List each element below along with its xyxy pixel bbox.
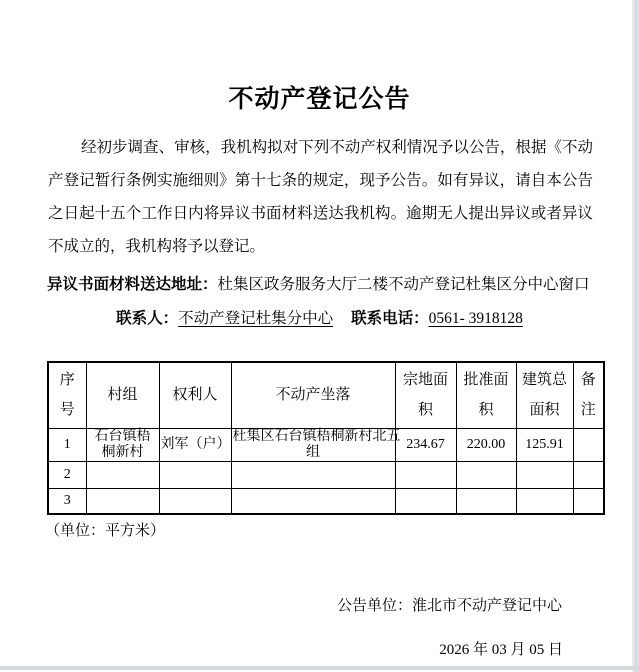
header-property-location: 不动产坐落 <box>231 362 395 428</box>
address-line: 异议书面材料送达地址：杜集区政务服务大厅二楼不动产登记杜集区分中心窗口 <box>47 276 595 293</box>
header-total-building-area: 建筑总 面积 <box>516 362 573 428</box>
contact-label: 联系人： <box>116 310 178 327</box>
page-title: 不动产登记公告 <box>0 79 639 115</box>
cell-property-location <box>231 461 395 488</box>
cell-right-holder <box>159 461 231 488</box>
announcement-table: 序 号 村组 权利人 不动产坐落 宗地面 积 批准面 积 建筑总 面积 备 注 … <box>47 361 605 515</box>
header-approved-area: 批准面 积 <box>456 362 516 428</box>
cell-remarks <box>573 488 604 514</box>
contact-line: 联系人：不动产登记杜集分中心联系电话：0561- 3918128 <box>0 310 639 328</box>
page-edge-bottom <box>0 666 639 670</box>
cell-right-holder <box>159 488 231 514</box>
cell-remarks <box>573 428 604 461</box>
cell-total-building-area <box>516 461 573 488</box>
cell-approved-area <box>456 461 516 488</box>
contact-value: 不动产登记杜集分中心 <box>178 310 333 327</box>
table-header-row: 序 号 村组 权利人 不动产坐落 宗地面 积 批准面 积 建筑总 面积 备 注 <box>48 362 604 428</box>
header-right-holder: 权利人 <box>159 362 231 428</box>
table-row: 3 <box>48 488 604 514</box>
unit-note: （单位：平方米） <box>45 519 165 540</box>
phone-label: 联系电话： <box>351 310 429 327</box>
cell-village-group <box>86 488 159 514</box>
cell-remarks <box>573 461 604 488</box>
page-edge-right <box>632 0 639 672</box>
cell-parcel-area <box>395 488 456 514</box>
document-page: 不动产登记公告 经初步调查、审核，我机构拟对下列不动产权利情况予以公告，根据《不… <box>0 0 639 672</box>
address-label: 异议书面材料送达地址： <box>47 276 218 293</box>
cell-approved-area: 220.00 <box>456 428 516 461</box>
cell-seq-no: 2 <box>48 461 86 488</box>
cell-seq-no: 1 <box>48 428 86 461</box>
cell-parcel-area <box>395 461 456 488</box>
cell-parcel-area: 234.67 <box>395 428 456 461</box>
address-value: 杜集区政务服务大厅二楼不动产登记杜集区分中心窗口 <box>218 276 590 293</box>
cell-property-location <box>231 488 395 514</box>
cell-property-location: 杜集区石台镇梧桐新村北五 组 <box>231 428 395 461</box>
table-row: 2 <box>48 461 604 488</box>
cell-total-building-area <box>516 488 573 514</box>
cell-total-building-area: 125.91 <box>516 428 573 461</box>
date-line: 2026 年 03 月 05 日 <box>439 638 563 659</box>
announcement-paragraph: 经初步调查、审核，我机构拟对下列不动产权利情况予以公告，根据《不动产登记暂行条例… <box>48 131 593 263</box>
header-village-group: 村组 <box>86 362 159 428</box>
cell-approved-area <box>456 488 516 514</box>
cell-village-group: 石台镇梧 桐新村 <box>86 428 159 461</box>
phone-value: 0561- 3918128 <box>429 310 523 327</box>
header-seq-no: 序 号 <box>48 362 86 428</box>
cell-village-group <box>86 461 159 488</box>
cell-right-holder: 刘军（户） <box>159 428 231 461</box>
table-row: 1 石台镇梧 桐新村 刘军（户） 杜集区石台镇梧桐新村北五 组 234.67 2… <box>48 428 604 461</box>
cell-seq-no: 3 <box>48 488 86 514</box>
header-remarks: 备 注 <box>573 362 604 428</box>
header-parcel-area: 宗地面 积 <box>395 362 456 428</box>
issuer-line: 公告单位：淮北市不动产登记中心 <box>337 594 562 615</box>
